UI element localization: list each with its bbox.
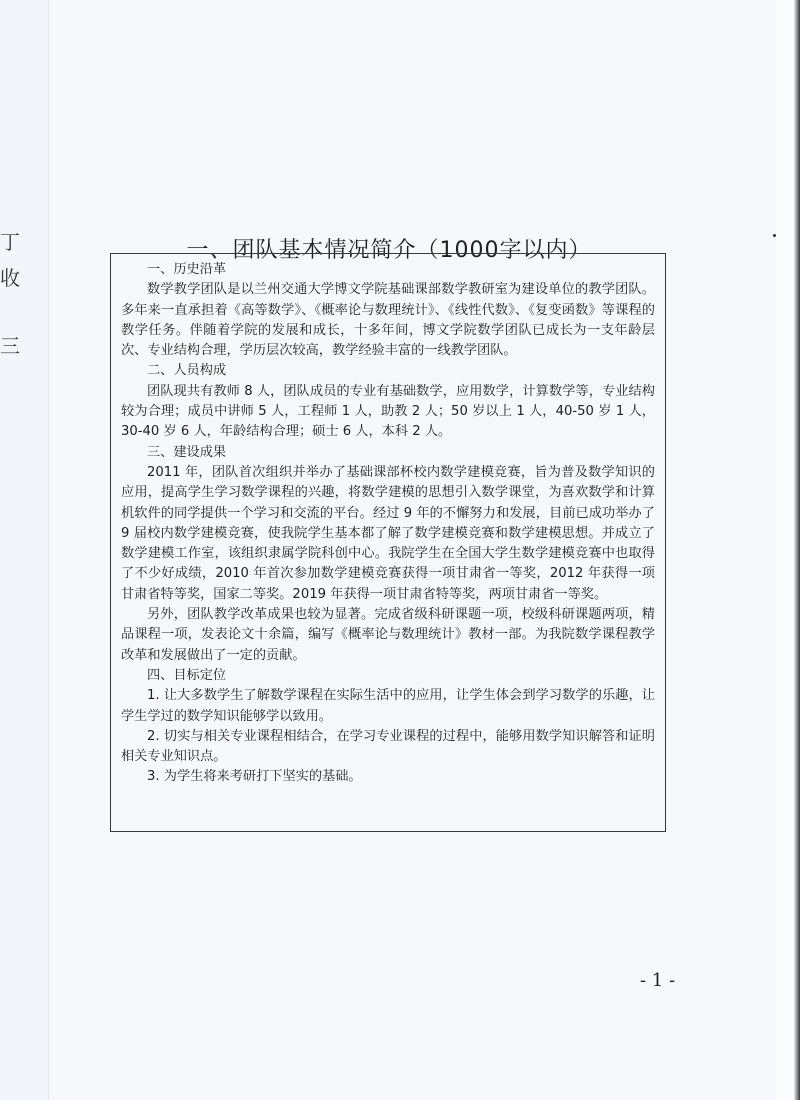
section-heading-members: 二、人员构成 [121,361,655,381]
adjacent-page-glyph: 丁 [0,226,20,255]
page-number: - 1 - [640,970,675,991]
section-heading-achievements: 三、建设成果 [121,443,655,463]
page-margin-right [776,0,794,1100]
paragraph: 团队现共有教师 8 人，团队成员的专业有基础数学，应用数学，计算数学等，专业结构… [121,382,655,443]
scan-edge-shadow [794,0,800,1100]
section-heading-history: 一、历史沿革 [121,260,655,280]
adjacent-page-edge: 丁 收 三 [0,0,49,1100]
adjacent-page-glyph: 收 [0,262,20,291]
paragraph: 2011 年，团队首次组织并举办了基础课部杯校内数学建模竞赛，旨为普及数学知识的… [121,463,655,605]
goal-item: 3. 为学生将来考研打下坚实的基础。 [121,767,655,787]
adjacent-page-glyph: 三 [0,330,20,359]
paragraph: 另外，团队教学改革成果也较为显著。完成省级科研课题一项，校级科研课题两项，精品课… [121,605,655,666]
team-intro-box: 一、历史沿革 数学教学团队是以兰州交通大学博文学院基础课部数学教研室为建设单位的… [110,253,666,832]
section-heading-goals: 四、目标定位 [121,666,655,686]
paragraph: 数学教学团队是以兰州交通大学博文学院基础课部数学教研室为建设单位的教学团队。多年… [121,280,655,361]
goal-item: 2. 切实与相关专业课程相结合，在学习专业课程的过程中，能够用数学知识解答和证明… [121,727,655,768]
goal-item: 1. 让大多数学生了解数学课程在实际生活中的应用，让学生体会到学习数学的乐趣，让… [121,686,655,727]
scan-speck [773,234,776,237]
